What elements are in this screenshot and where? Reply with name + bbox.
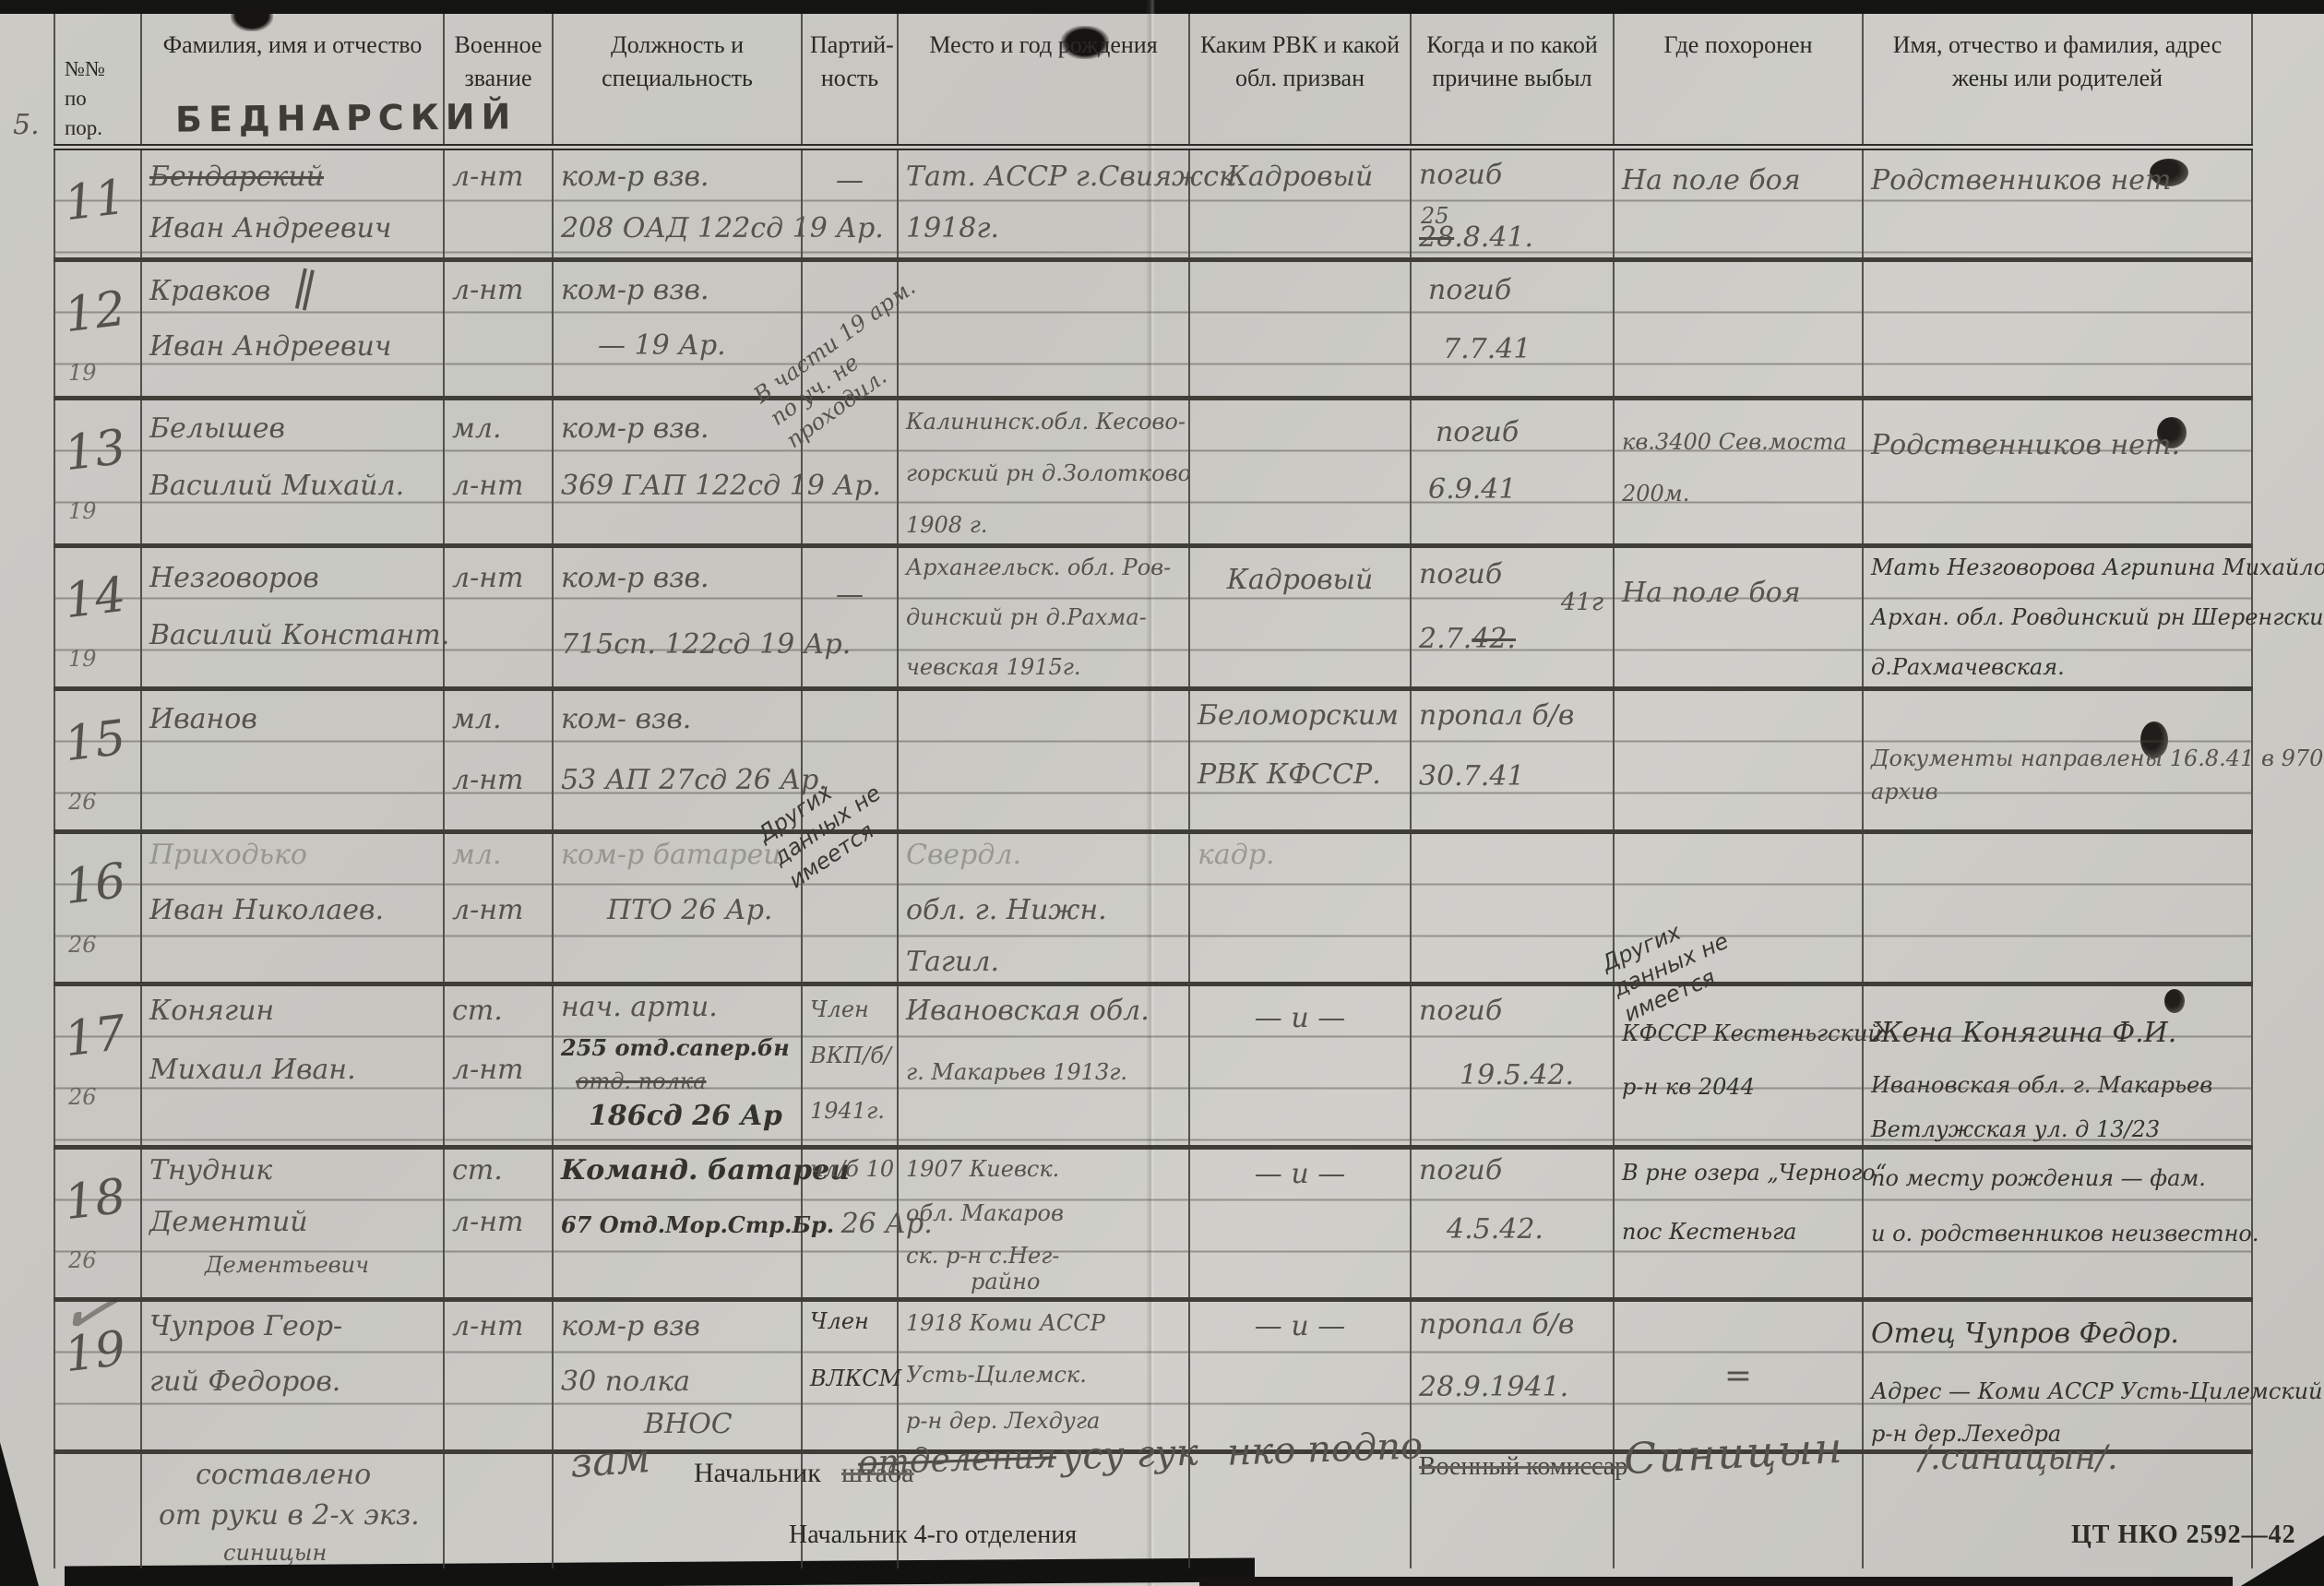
cell-number: 16 26 — [54, 831, 141, 984]
cell-rank: л-нт — [444, 259, 553, 398]
cell-family — [1863, 831, 2252, 984]
row-number: 11 — [62, 172, 136, 228]
scanned-casualty-list-page: 5. ✓ №№ по пор. Фамилия, имя и отчество … — [0, 0, 2324, 1586]
cell-number: 12 19 — [54, 259, 141, 398]
pencil-mark: ∥ — [291, 269, 318, 312]
signature-block: зам Начальник штаба отделения усу гук нк… — [0, 1421, 2324, 1586]
cell-number: 11 — [54, 147, 141, 259]
cell-burial: В рне озера „Черного“ пос Кестеньга — [1614, 1147, 1863, 1299]
cell-name: Иванов — [141, 688, 444, 831]
cell-party: — — [802, 147, 898, 259]
cell-family: Документы направлены 16.8.41 в 9707 отд.… — [1863, 688, 2252, 831]
cell-fate — [1411, 831, 1614, 984]
cell-rank: ст. л-нт — [444, 1147, 553, 1299]
handwritten-zam: зам — [568, 1435, 651, 1487]
row-side-number: 19 — [68, 646, 133, 672]
pencil-mark: = — [1622, 1357, 1854, 1396]
cell-burial: Других данных не имеется — [1614, 831, 1863, 984]
cell-number: 14 19 — [54, 545, 141, 688]
signature-transcript: /.синицын/. — [1919, 1439, 2118, 1477]
date-correction: 25 — [1421, 197, 1449, 235]
cell-rank: мл. л-нт — [444, 831, 553, 984]
cell-family: по месту рождения — фам. и о. родственни… — [1863, 1147, 2252, 1299]
cell-burial: На поле боя — [1614, 147, 1863, 259]
col-header-duty: Должность и специальность — [553, 14, 802, 147]
cell-duty: Команд. батареи 67 Отд.Мор.Стр.Бр. 26 Ар… — [553, 1147, 802, 1299]
table-row: 14 19 Незговоров Василий Констант. л-нт … — [54, 545, 2252, 688]
row-side-number: 26 — [68, 789, 133, 815]
form-code: ЦТ НКО 2592—42 — [2071, 1520, 2296, 1550]
cell-duty: ком- взв. 53 АП 27сд 26 Ар. — [553, 688, 802, 831]
cell-duty: нач. арти. 255 отд.сапер.бн отд. полка 1… — [553, 984, 802, 1147]
row-number: 19 — [62, 1323, 136, 1379]
cell-rvk — [1189, 398, 1411, 545]
margin-mark: 5. — [13, 109, 40, 141]
col-header-family: Имя, отчество и фамилия, адрес жены или … — [1863, 14, 2252, 147]
printed-head-4th-dept: Начальник 4-го отделения — [789, 1520, 1077, 1550]
cell-rvk: — и — — [1189, 1147, 1411, 1299]
cell-duty: ком-р взв. 715сп. 122сд 19 Ар. — [553, 545, 802, 688]
date-correction: 41г — [1561, 589, 1603, 616]
col-header-party: Партий- ность — [802, 14, 898, 147]
cell-name: Тнудник Дементий Дементьевич — [141, 1147, 444, 1299]
cell-party: Член ВКП/б/ 1941г. — [802, 984, 898, 1147]
cell-burial — [1614, 688, 1863, 831]
printed-voenkom-struck: Военный комиссар — [1419, 1452, 1627, 1482]
row-number: 17 — [62, 1008, 136, 1064]
cell-burial — [1614, 259, 1863, 398]
cell-name: Кравков∥ Иван Андреевич — [141, 259, 444, 398]
row-number: 14 — [62, 569, 136, 626]
row-number: 15 — [62, 712, 136, 769]
table-row: 12 19 Кравков∥ Иван Андреевич л-нт ком-р… — [54, 259, 2252, 398]
cell-birth: 1907 Киевск. обл. Макаров ск. р-н с.Нег-… — [898, 1147, 1189, 1299]
row-side-number: 19 — [68, 498, 133, 524]
col-header-burial: Где похоронен — [1614, 14, 1863, 147]
table-row: 11 Бендарский Иван Андреевич л-нт ком-р … — [54, 147, 2252, 259]
cell-name: Конягин Михаил Иван. — [141, 984, 444, 1147]
cell-rvk: — и — — [1189, 984, 1411, 1147]
cell-family — [1863, 259, 2252, 398]
col-header-number: №№ по пор. — [54, 14, 141, 147]
cell-fate: погиб 6.9.41 — [1411, 398, 1614, 545]
cell-name: Белышев Василий Михайл. — [141, 398, 444, 545]
cell-family: Жена Конягина Ф.И. Ивановская обл. г. Ма… — [1863, 984, 2252, 1147]
cell-rvk — [1189, 259, 1411, 398]
header-row: №№ по пор. Фамилия, имя и отчество БЕДНА… — [54, 14, 2252, 147]
col-header-rank: Военное звание — [444, 14, 553, 147]
scan-border-top — [0, 0, 2324, 14]
row-number: 16 — [62, 855, 136, 912]
cell-name: Приходько Иван Николаев. — [141, 831, 444, 984]
cell-rvk: кадр. — [1189, 831, 1411, 984]
row-number: 18 — [62, 1171, 136, 1227]
cell-birth: Свердл. обл. г. Нижн. Тагил. — [898, 831, 1189, 984]
cell-family: Родственников нет. — [1863, 398, 2252, 545]
date-rest: .8.41. — [1454, 221, 1533, 254]
table-row: 18 26 Тнудник Дементий Дементьевич ст. л… — [54, 1147, 2252, 1299]
cell-duty: ком-р взв. 369 ГАП 122сд 19 Ар. — [553, 398, 802, 545]
row-side-number: 26 — [68, 1084, 133, 1110]
table-row: 15 26 Иванов мл. л-нт ком- взв. 53 АП 27… — [54, 688, 2252, 831]
row-number: 13 — [62, 422, 136, 478]
cell-name: Бендарский Иван Андреевич — [141, 147, 444, 259]
cell-number: 17 26 — [54, 984, 141, 1147]
cell-birth — [898, 688, 1189, 831]
cell-rank: л-нт — [444, 147, 553, 259]
table-row: 16 26 Приходько Иван Николаев. мл. л-нт … — [54, 831, 2252, 984]
col-header-name-label: Фамилия, имя и отчество — [163, 31, 423, 58]
cell-rank: ст. л-нт — [444, 984, 553, 1147]
cell-name: Незговоров Василий Констант. — [141, 545, 444, 688]
cell-fate: погиб 7.7.41 — [1411, 259, 1614, 398]
cell-rvk: Кадровый — [1189, 147, 1411, 259]
cell-family: Родственников нет — [1863, 147, 2252, 259]
cell-duty: ком-р взв. 208 ОАД 122сд 19 Ар. — [553, 147, 802, 259]
cell-rvk: Кадровый — [1189, 545, 1411, 688]
date-struck: 42. — [1472, 623, 1516, 655]
printed-title: Начальник — [694, 1458, 821, 1489]
table-row: 13 19 Белышев Василий Михайл. мл. л-нт к… — [54, 398, 2252, 545]
casualty-table: №№ по пор. Фамилия, имя и отчество БЕДНА… — [54, 14, 2253, 1568]
cell-burial: На поле боя — [1614, 545, 1863, 688]
table-row: 17 26 Конягин Михаил Иван. ст. л-нт нач.… — [54, 984, 2252, 1147]
cell-party: Других данных не имеется — [802, 688, 898, 831]
cell-birth: Ивановская обл. г. Макарьев 1913г. — [898, 984, 1189, 1147]
cell-birth: Калининск.обл. Кесово- горский рн д.Золо… — [898, 398, 1189, 545]
cell-fate: погиб 2528.8.41. — [1411, 147, 1614, 259]
cell-burial: кв.3400 Сев.моста 200м. — [1614, 398, 1863, 545]
cell-number: 15 26 — [54, 688, 141, 831]
row-number: 12 — [62, 283, 136, 340]
handwritten-nko: нко подпо — [1226, 1425, 1424, 1473]
cell-number: 13 19 — [54, 398, 141, 545]
cell-duty: ком-р батареи ПТО 26 Ар. — [553, 831, 802, 984]
cell-fate: погиб 19.5.42. — [1411, 984, 1614, 1147]
cell-rank: мл. л-нт — [444, 398, 553, 545]
cell-rank: л-нт — [444, 545, 553, 688]
row-side-number: 26 — [68, 1247, 133, 1273]
cell-fate: погиб 4.5.42. — [1411, 1147, 1614, 1299]
cell-party: чл/б 10 — [802, 1147, 898, 1299]
handwritten-usu-guk: усу гук — [1060, 1431, 1198, 1478]
cell-rank: мл. л-нт — [444, 688, 553, 831]
cell-party: — — [802, 545, 898, 688]
cell-number: 18 26 — [54, 1147, 141, 1299]
col-header-name: Фамилия, имя и отчество БЕДНАРСКИЙ — [141, 14, 444, 147]
cell-family: Мать Незговорова Агрипина Михайловна Арх… — [1863, 545, 2252, 688]
cell-birth: Архангельск. обл. Ров- динский рн д.Рахм… — [898, 545, 1189, 688]
cell-birth: Тат. АССР г.Свияжск 1918г. — [898, 147, 1189, 259]
cell-party: В части 19 арм. по уч. не проходил. — [802, 259, 898, 398]
col-header-fate: Когда и по какой причине выбыл — [1411, 14, 1614, 147]
cell-fate: пропал б/в 30.7.41 — [1411, 688, 1614, 831]
signature: Синицын — [1623, 1423, 1845, 1484]
row-side-number: 19 — [68, 360, 133, 386]
handwritten-struck: отделения — [857, 1437, 1056, 1482]
col-header-birth: Место и год рождения — [898, 14, 1189, 147]
col-header-rvk: Каким РВК и какой обл. призван — [1189, 14, 1411, 147]
row-side-number: 26 — [68, 932, 133, 958]
cell-rvk: Беломорским РВК КФССР. — [1189, 688, 1411, 831]
cell-fate: погиб 41г 2.7.42. — [1411, 545, 1614, 688]
